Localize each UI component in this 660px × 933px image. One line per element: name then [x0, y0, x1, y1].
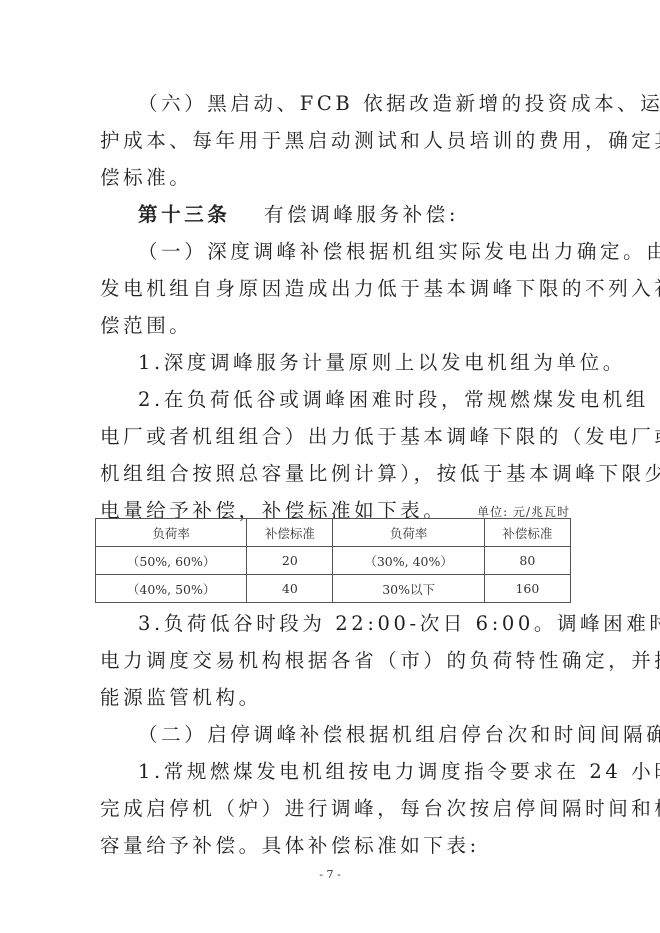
paragraph-line: （一）深度调峰补偿根据机组实际发电出力确定。由于	[138, 240, 570, 264]
table-cell: 80	[484, 547, 570, 575]
table-cell: （30%, 40%）	[333, 547, 484, 575]
paragraph-line: 1.深度调峰服务计量原则上以发电机组为单位。	[138, 351, 570, 375]
paragraph-line: （二）启停调峰补偿根据机组启停台次和时间间隔确定。	[138, 723, 570, 747]
table-row: （50%, 60%） 20 （30%, 40%） 80	[96, 547, 571, 575]
table-cell: 40	[247, 575, 333, 603]
table-cell: 160	[484, 575, 570, 603]
page-number: - 7 -	[0, 868, 660, 881]
paragraph-line: 电力调度交易机构根据各省（市）的负荷特性确定，并报送	[100, 649, 570, 673]
table-cell: 20	[247, 547, 333, 575]
paragraph-line: 容量给予补偿。具体补偿标准如下表:	[100, 834, 570, 858]
paragraph-line: 能源监管机构。	[100, 686, 570, 710]
paragraph-line: 2.在负荷低谷或调峰困难时段，常规燃煤发电机组（发	[138, 388, 570, 412]
paragraph-line: 完成启停机（炉）进行调峰，每台次按启停间隔时间和机组	[100, 797, 570, 821]
article-heading: 第十三条 有偿调峰服务补偿:	[138, 203, 570, 227]
paragraph-line: 机组组合按照总容量比例计算），按低于基本调峰下限少发	[100, 462, 570, 486]
article-number: 第十三条	[138, 203, 230, 226]
table-header-cell: 负荷率	[333, 519, 484, 547]
paragraph-line: 1.常规燃煤发电机组按电力调度指令要求在 24 小时内	[138, 760, 570, 784]
table-header-cell: 负荷率	[96, 519, 247, 547]
paragraph-line: 电厂或者机组组合）出力低于基本调峰下限的（发电厂或者	[100, 425, 570, 449]
paragraph-line: 偿标准。	[100, 166, 570, 190]
table-cell: （40%, 50%）	[96, 575, 247, 603]
table-row: （40%, 50%） 40 30%以下 160	[96, 575, 571, 603]
document-page: （六）黑启动、FCB 依据改造新增的投资成本、运行维 护成本、每年用于黑启动测试…	[0, 0, 660, 933]
paragraph-line: （六）黑启动、FCB 依据改造新增的投资成本、运行维	[138, 92, 570, 116]
paragraph-line: 3.负荷低谷时段为 22:00-次日 6:00。调峰困难时段由	[138, 612, 570, 636]
compensation-table: 负荷率 补偿标准 负荷率 补偿标准 （50%, 60%） 20 （30%, 40…	[95, 518, 571, 603]
paragraph-line: 发电机组自身原因造成出力低于基本调峰下限的不列入补	[100, 277, 570, 301]
table-cell: （50%, 60%）	[96, 547, 247, 575]
table-header-row: 负荷率 补偿标准 负荷率 补偿标准	[96, 519, 571, 547]
table-header-cell: 补偿标准	[247, 519, 333, 547]
table-header-cell: 补偿标准	[484, 519, 570, 547]
paragraph-line: 护成本、每年用于黑启动测试和人员培训的费用，确定其补	[100, 129, 570, 153]
paragraph-line: 偿范围。	[100, 314, 570, 338]
table-cell: 30%以下	[333, 575, 484, 603]
article-title: 有偿调峰服务补偿:	[264, 203, 459, 226]
